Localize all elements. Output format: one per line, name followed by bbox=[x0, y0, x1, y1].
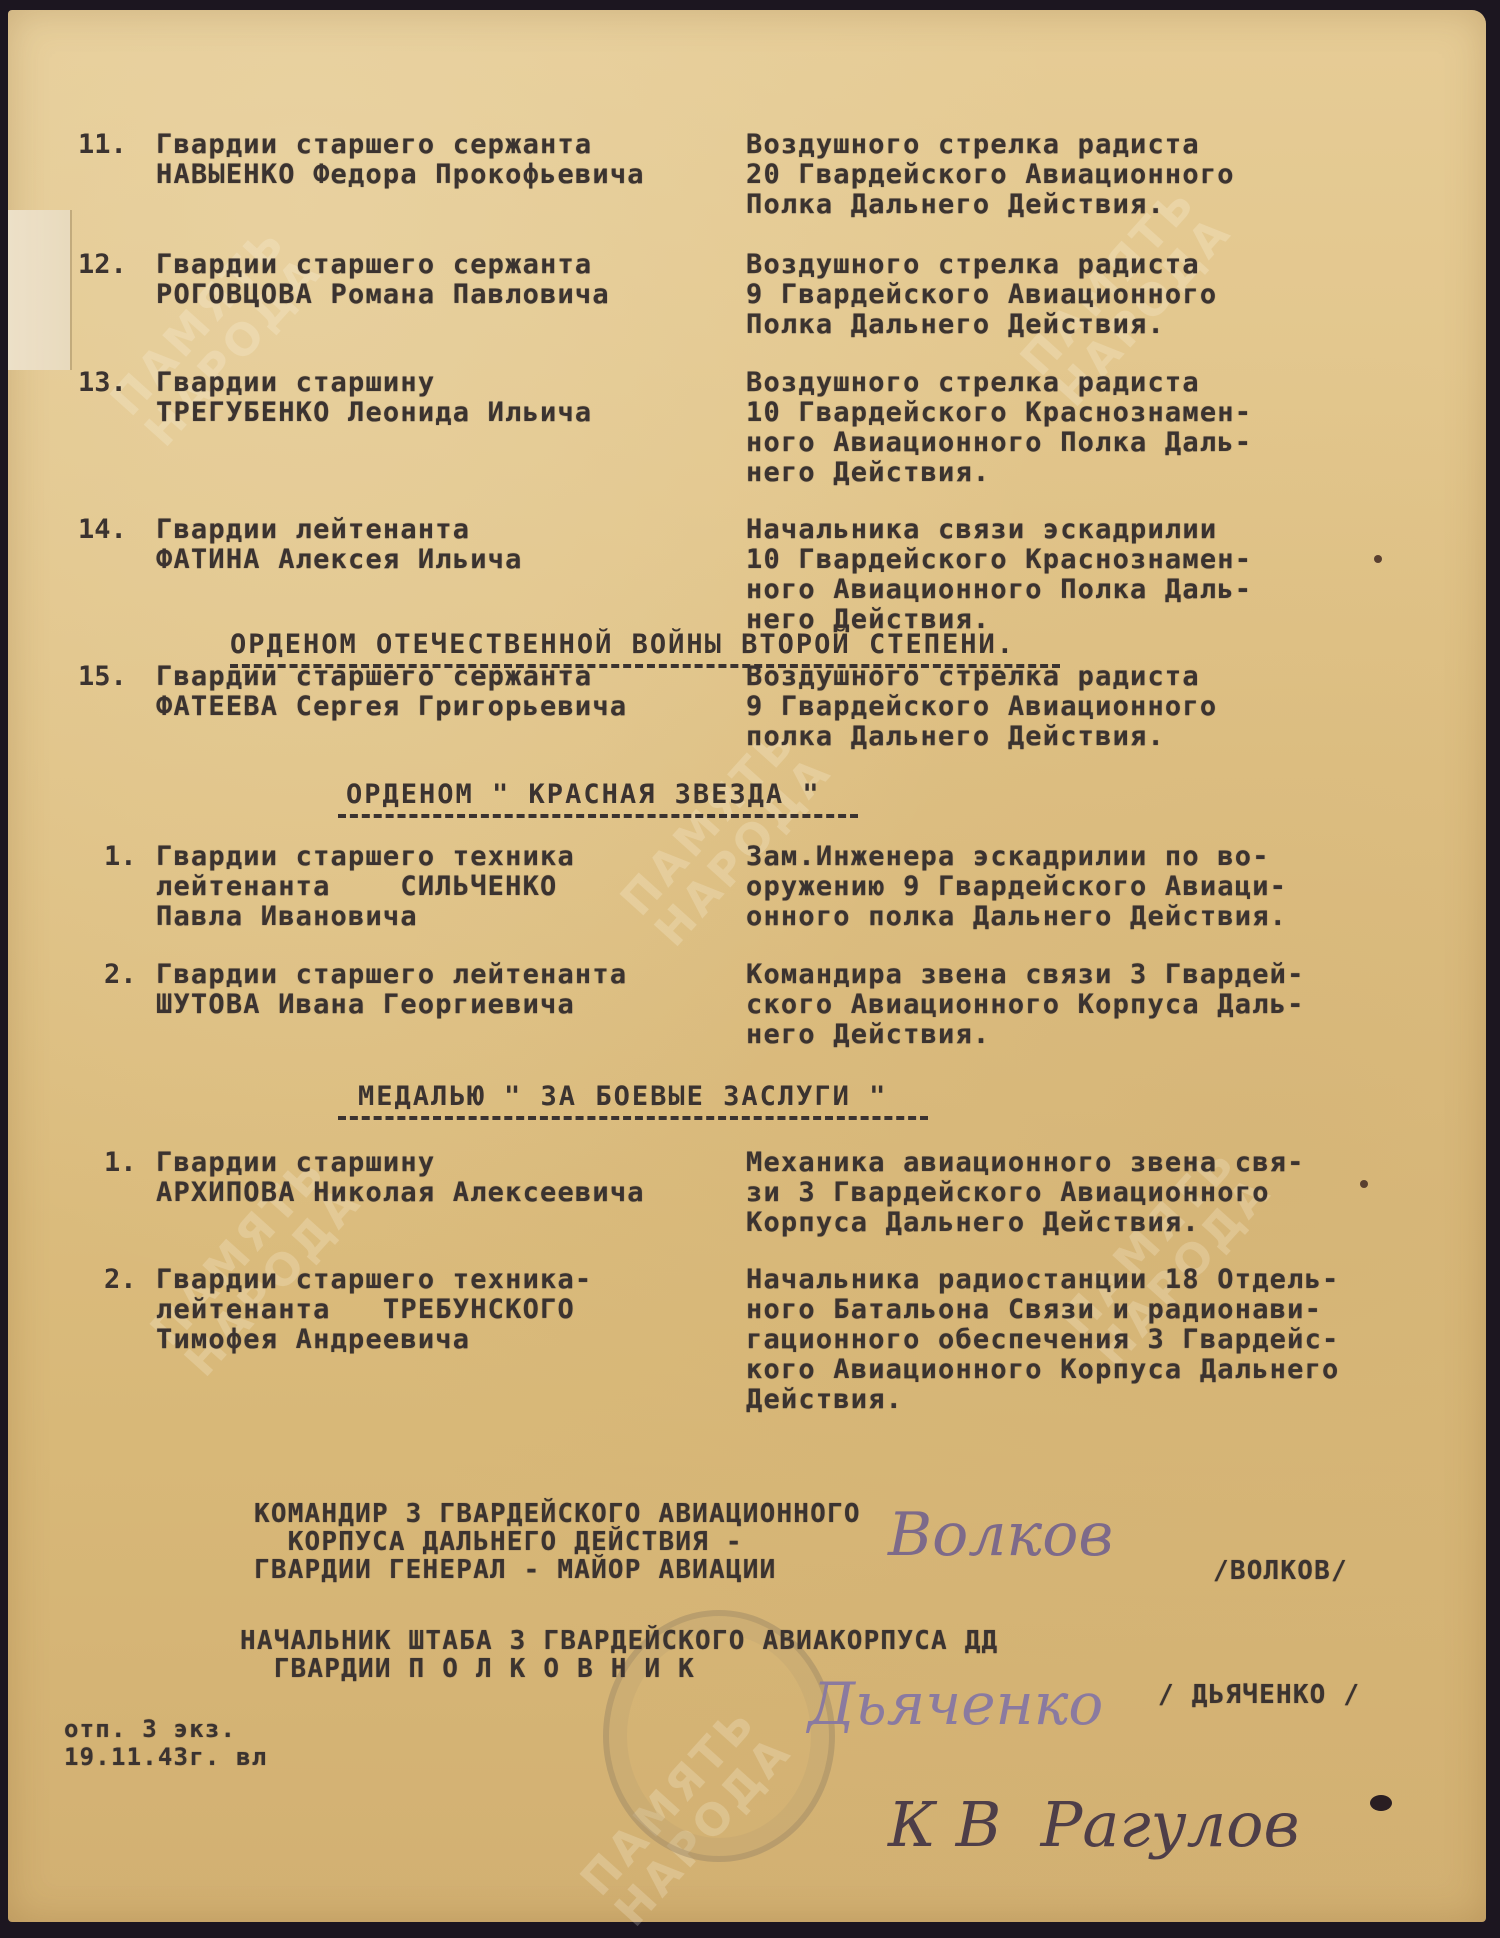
document-page: ПАМЯТЬ НАРОДА ПАМЯТЬ НАРОДА ПАМЯТЬ НАРОД… bbox=[8, 10, 1486, 1922]
commander-name: /ВОЛКОВ/ bbox=[1213, 1556, 1348, 1586]
recipient-position: Механика авиационного звена свя- зи 3 Гв… bbox=[746, 1148, 1305, 1238]
recipient-position: Воздушного стрелка радиста 9 Гвардейског… bbox=[746, 250, 1217, 340]
chief-of-staff-name: / ДЬЯЧЕНКО / bbox=[1158, 1680, 1360, 1710]
chief-of-staff-signature: Дьяченко bbox=[808, 1670, 1103, 1738]
recipient-name: Гвардии старшину АРХИПОВА Николая Алексе… bbox=[156, 1148, 645, 1208]
recipient-position: Командира звена связи 3 Гвардей- ского А… bbox=[746, 960, 1305, 1050]
entry-number: 14. bbox=[78, 515, 127, 545]
section-heading: ОРДЕНОМ ОТЕЧЕСТВЕННОЙ ВОЙНЫ ВТОРОЙ СТЕПЕ… bbox=[230, 630, 1015, 660]
recipient-name: Гвардии лейтенанта ФАТИНА Алексея Ильича bbox=[156, 515, 523, 575]
entry-number: 13. bbox=[78, 368, 127, 398]
entry-number: 1. bbox=[104, 842, 137, 872]
recipient-name: Гвардии старшего техника- лейтенанта ТРЕ… bbox=[156, 1265, 592, 1355]
tape-strip bbox=[8, 210, 72, 370]
punch-hole bbox=[1374, 555, 1382, 563]
recipient-name: Гвардии старшего сержанта НАВЫЕНКО Федор… bbox=[156, 130, 645, 190]
entry-number: 2. bbox=[104, 960, 137, 990]
punch-hole bbox=[1360, 1180, 1368, 1188]
entry-number: 12. bbox=[78, 250, 127, 280]
copies-note: отп. 3 экз. 19.11.43г. вл bbox=[64, 1715, 267, 1771]
commander-signature: Волков bbox=[888, 1500, 1113, 1570]
recipient-name: Гвардии старшего лейтенанта ШУТОВА Ивана… bbox=[156, 960, 627, 1020]
entry-number: 11. bbox=[78, 130, 127, 160]
recipient-position: Воздушного стрелка радиста 9 Гвардейског… bbox=[746, 662, 1217, 752]
recipient-position: Воздушного стрелка радиста 20 Гвардейско… bbox=[746, 130, 1235, 220]
recipient-position: Зам.Инженера эскадрилии по во- оружению … bbox=[746, 842, 1287, 932]
handwritten-note: К В Рагулов bbox=[888, 1788, 1300, 1861]
heading-underline bbox=[338, 814, 858, 818]
recipient-position: Начальника радиостанции 18 Отдель- ного … bbox=[746, 1265, 1339, 1415]
recipient-name: Гвардии старшего сержанта РОГОВЦОВА Рома… bbox=[156, 250, 610, 310]
recipient-name: Гвардии старшего сержанта ФАТЕЕВА Сергея… bbox=[156, 662, 627, 722]
recipient-name: Гвардии старшего техника лейтенанта СИЛЬ… bbox=[156, 842, 575, 932]
recipient-position: Воздушного стрелка радиста 10 Гвардейско… bbox=[746, 368, 1252, 488]
punch-hole bbox=[1370, 1795, 1392, 1811]
entry-number: 1. bbox=[104, 1148, 137, 1178]
section-heading: МЕДАЛЬЮ " ЗА БОЕВЫЕ ЗАСЛУГИ " bbox=[358, 1082, 887, 1112]
entry-number: 15. bbox=[78, 662, 127, 692]
recipient-position: Начальника связи эскадрилии 10 Гвардейск… bbox=[746, 515, 1252, 635]
heading-underline bbox=[338, 1116, 928, 1120]
section-heading: ОРДЕНОМ " КРАСНАЯ ЗВЕЗДА " bbox=[346, 780, 821, 810]
recipient-name: Гвардии старшину ТРЕГУБЕНКО Леонида Ильи… bbox=[156, 368, 592, 428]
entry-number: 2. bbox=[104, 1265, 137, 1295]
commander-title: КОМАНДИР 3 ГВАРДЕЙСКОГО АВИАЦИОННОГО КОР… bbox=[254, 1500, 861, 1584]
